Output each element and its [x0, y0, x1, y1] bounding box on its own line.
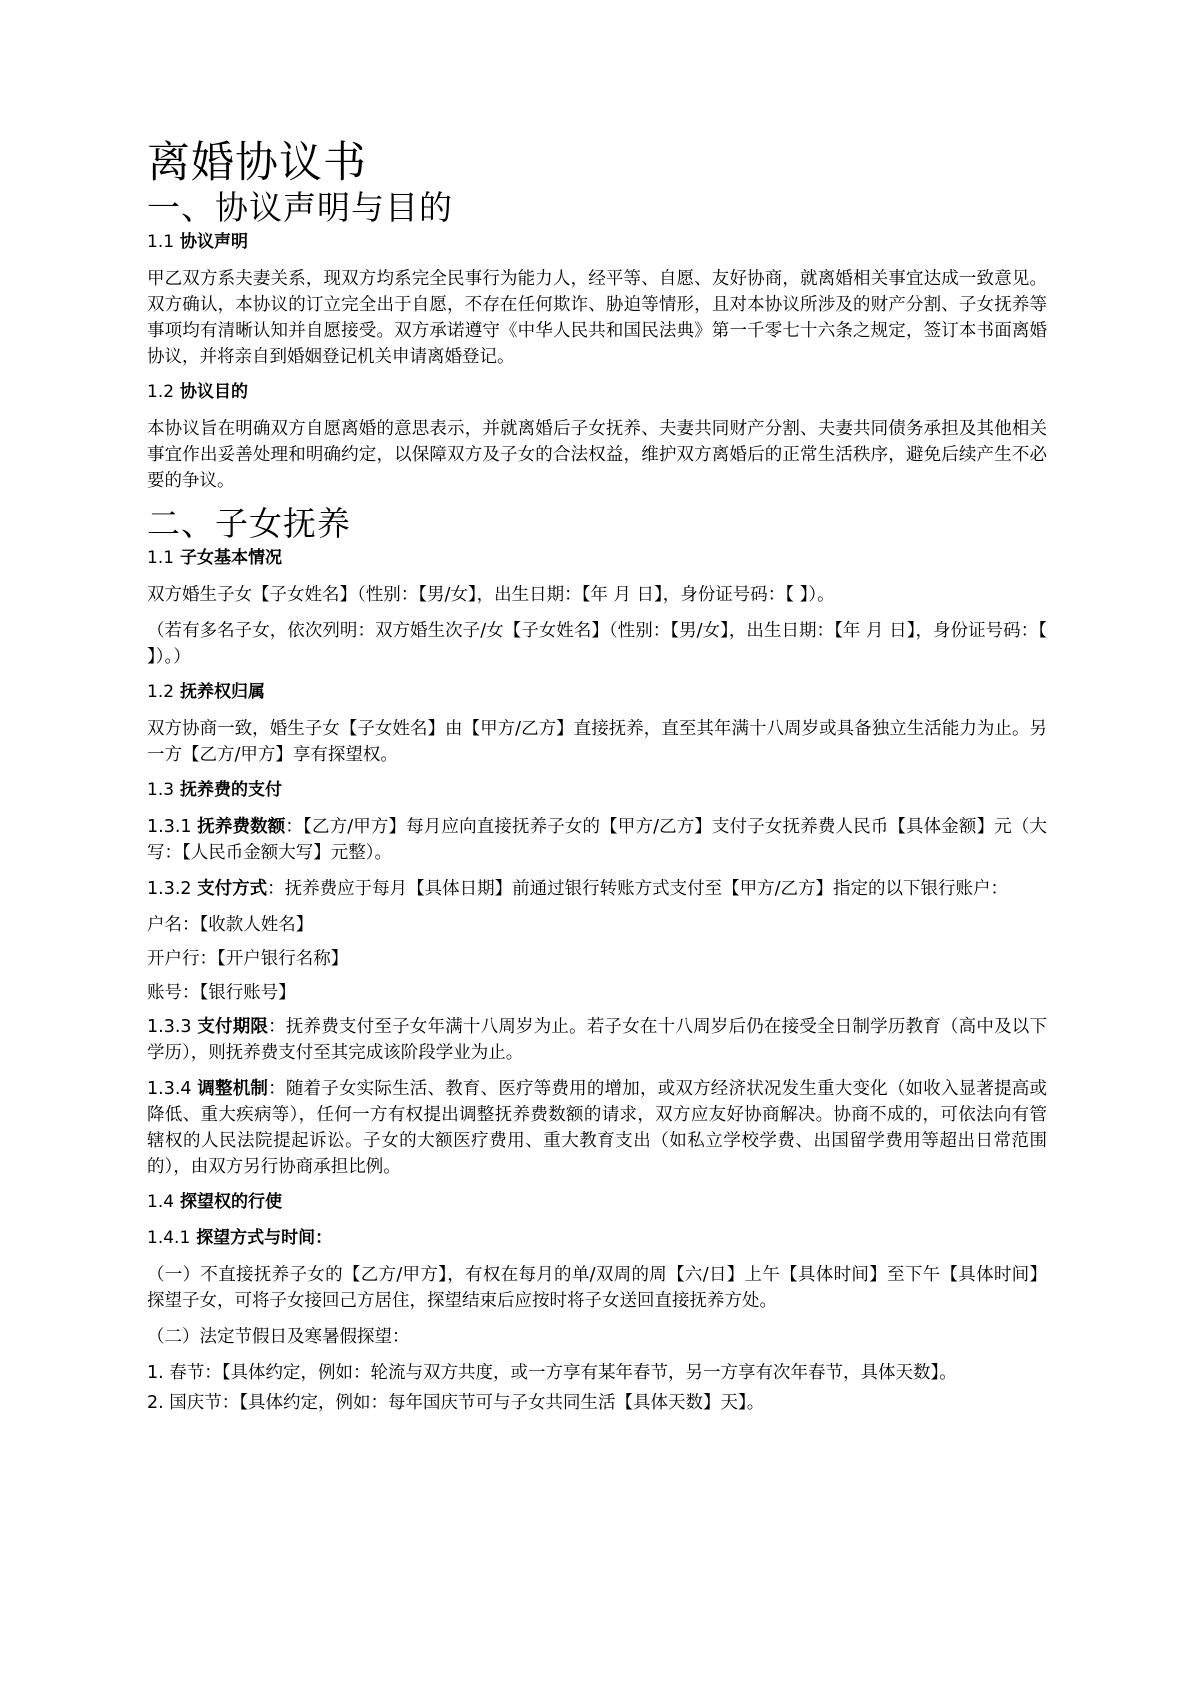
subsection-heading-2-3: 1.3 抚养费的支付 [147, 778, 1047, 802]
subsection-number: 1.2 [147, 382, 174, 402]
clause-text: ：抚养费应于每月【具体日期】前通过银行转账方式支付至【甲方/乙方】指定的以下银行… [267, 879, 1008, 899]
subsection-heading-1-2: 1.2 协议目的 [147, 380, 1047, 404]
account-bank-name: 开户行：【开户银行名称】 [147, 946, 1047, 972]
clause-label: 调整机制 [197, 1079, 268, 1099]
subsection-heading-1-1: 1.1 协议声明 [147, 230, 1047, 254]
section-heading-1: 一、协议声明与目的 [147, 188, 1047, 228]
paragraph-custody: 双方协商一致，婚生子女【子女姓名】由【甲方/乙方】直接抚养，直至其年满十八周岁或… [147, 716, 1047, 768]
section-heading-2: 二、子女抚养 [147, 504, 1047, 544]
subsection-number: 1.1 [147, 232, 174, 252]
clause-support-amount: 1.3.1 抚养费数额：【乙方/甲方】每月应向直接抚养子女的【甲方/乙方】支付子… [147, 814, 1047, 866]
clause-text: ：抚养费支付至子女年满十八周岁为止。若子女在十八周岁后仍在接受全日制学历教育（高… [147, 1017, 1047, 1063]
document-title: 离婚协议书 [147, 138, 1047, 188]
clause-number: 1.3.3 [147, 1017, 192, 1037]
subsection-title: 协议声明 [180, 232, 248, 252]
paragraph-purpose: 本协议旨在明确双方自愿离婚的意思表示，并就离婚后子女抚养、夫妻共同财产分割、夫妻… [147, 416, 1047, 494]
list-marker: 2. [147, 1393, 164, 1413]
list-item-spring-festival: 1. 春节：【具体约定，例如：轮流与双方共度，或一方享有某年春节，另一方享有次年… [147, 1360, 1047, 1386]
paragraph-child-info-multiple: （若有多名子女，依次列明：双方婚生次子/女【子女姓名】（性别：【男/女】，出生日… [147, 618, 1047, 670]
subsection-title: 探望方式与时间： [196, 1228, 332, 1248]
clause-label: 抚养费数额 [197, 817, 285, 837]
subsection-heading-2-1: 1.1 子女基本情况 [147, 546, 1047, 570]
subsection-title: 协议目的 [180, 382, 248, 402]
paragraph-child-info: 双方婚生子女【子女姓名】（性别：【男/女】，出生日期：【年 月 日】，身份证号码… [147, 582, 1047, 608]
account-holder-name: 户名：【收款人姓名】 [147, 912, 1047, 938]
paragraph-visitation-regular: （一）不直接抚养子女的【乙方/甲方】，有权在每月的单/双周的周【六/日】上午【具… [147, 1262, 1047, 1314]
subsection-number: 1.4 [147, 1192, 174, 1212]
subsection-number: 1.3 [147, 780, 174, 800]
paragraph-visitation-holidays: （二）法定节假日及寒暑假探望： [147, 1324, 1047, 1350]
list-text: 国庆节：【具体约定，例如：每年国庆节可与子女共同生活【具体天数】天】。 [169, 1393, 764, 1413]
clause-number: 1.3.4 [147, 1079, 192, 1099]
list-marker: 1. [147, 1363, 164, 1383]
clause-label: 支付期限 [197, 1017, 268, 1037]
list-item-national-day: 2. 国庆节：【具体约定，例如：每年国庆节可与子女共同生活【具体天数】天】。 [147, 1390, 1047, 1416]
clause-label: 支付方式 [197, 879, 267, 899]
subsection-number: 1.2 [147, 682, 174, 702]
clause-payment-method: 1.3.2 支付方式：抚养费应于每月【具体日期】前通过银行转账方式支付至【甲方/… [147, 876, 1047, 902]
clause-adjustment: 1.3.4 调整机制：随着子女实际生活、教育、医疗等费用的增加，或双方经济状况发… [147, 1076, 1047, 1180]
subsection-title: 子女基本情况 [180, 548, 282, 568]
subsection-title: 抚养权归属 [180, 682, 265, 702]
subsection-heading-2-2: 1.2 抚养权归属 [147, 680, 1047, 704]
clause-text: ：随着子女实际生活、教育、医疗等费用的增加，或双方经济状况发生重大变化（如收入显… [147, 1079, 1047, 1177]
clause-number: 1.3.2 [147, 879, 192, 899]
subsection-title: 抚养费的支付 [180, 780, 282, 800]
subsection-heading-2-4: 1.4 探望权的行使 [147, 1190, 1047, 1214]
subsection-title: 探望权的行使 [180, 1192, 282, 1212]
subsection-number: 1.1 [147, 548, 174, 568]
document-page: 离婚协议书 一、协议声明与目的 1.1 协议声明 甲乙双方系夫妻关系，现双方均系… [147, 138, 1047, 1420]
subsection-number: 1.4.1 [147, 1228, 190, 1248]
clause-payment-period: 1.3.3 支付期限：抚养费支付至子女年满十八周岁为止。若子女在十八周岁后仍在接… [147, 1014, 1047, 1066]
list-text: 春节：【具体约定，例如：轮流与双方共度，或一方享有某年春节，另一方享有次年春节，… [169, 1363, 957, 1383]
account-number: 账号：【银行账号】 [147, 980, 1047, 1006]
subsubsection-heading-visitation: 1.4.1 探望方式与时间： [147, 1226, 1047, 1250]
clause-number: 1.3.1 [147, 817, 192, 837]
paragraph-declaration: 甲乙双方系夫妻关系，现双方均系完全民事行为能力人，经平等、自愿、友好协商，就离婚… [147, 266, 1047, 370]
